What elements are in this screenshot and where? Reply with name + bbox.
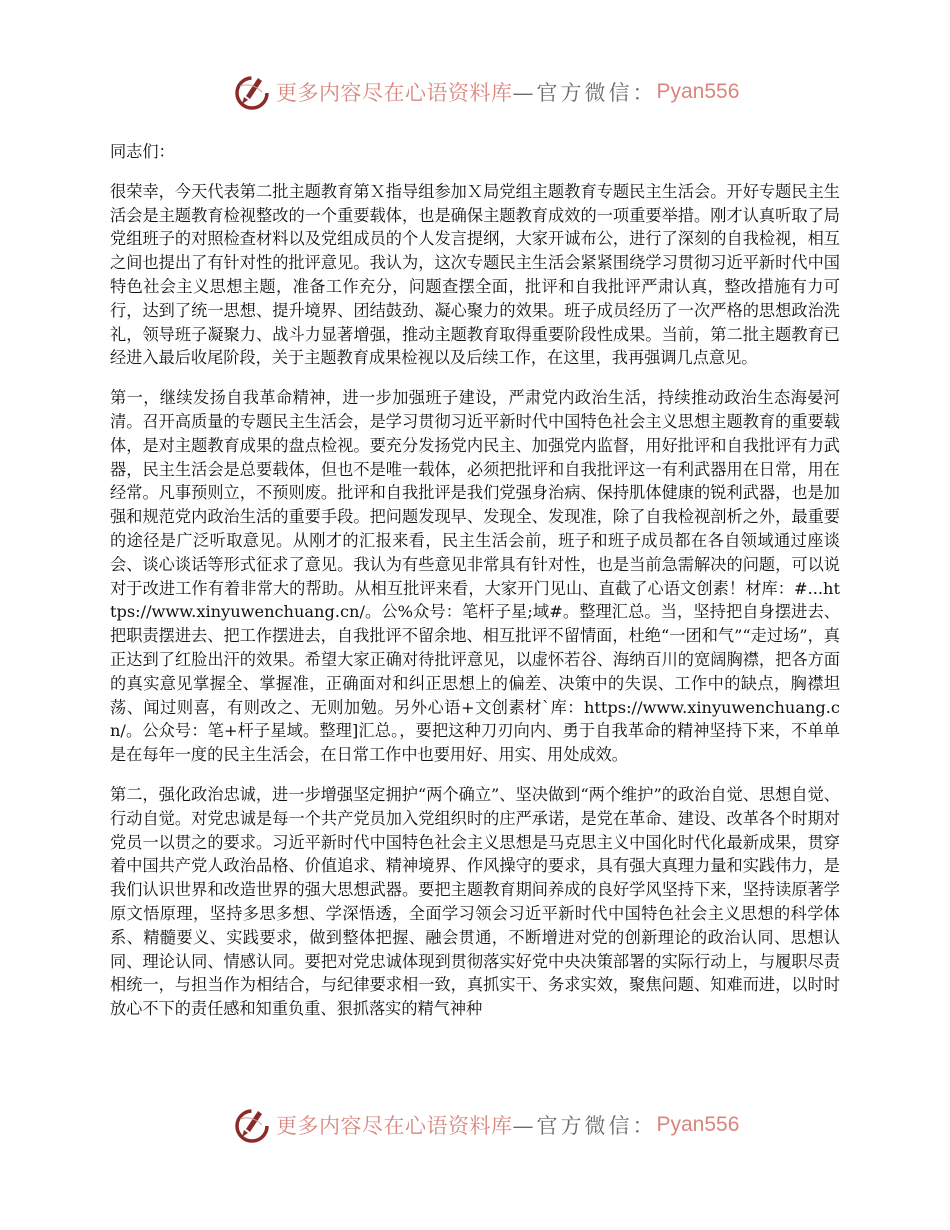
banner-slogan: 更多内容尽在心语资料库 bbox=[276, 1110, 513, 1140]
banner-wechat-id: Pyan556 bbox=[657, 80, 740, 104]
pen-nib-logo-icon bbox=[232, 1105, 272, 1145]
paragraph-point-one: 第一，继续发扬自我革命精神，进一步加强班子建设，严肃党内政治生活，持续推动政治生… bbox=[110, 386, 840, 767]
banner-wechat-label: —官方微信： bbox=[513, 77, 657, 107]
header-watermark-banner: 更多内容尽在心语资料库 —官方微信： Pyan556 bbox=[232, 72, 739, 112]
banner-slogan: 更多内容尽在心语资料库 bbox=[276, 77, 513, 107]
paragraph-point-two: 第二，强化政治忠诚，进一步增强坚定拥护“两个确立”、坚决做到“两个维护”的政治自… bbox=[110, 783, 840, 1021]
banner-wechat-id: Pyan556 bbox=[657, 1113, 740, 1137]
banner-wechat-label: —官方微信： bbox=[513, 1110, 657, 1140]
paragraph-intro: 很荣幸，今天代表第二批主题教育第Ｘ指导组参加Ｘ局党组主题教育专题民主生活会。开好… bbox=[110, 180, 840, 370]
document-body: 同志们： 很荣幸，今天代表第二批主题教育第Ｘ指导组参加Ｘ局党组主题教育专题民主生… bbox=[110, 140, 840, 1037]
greeting: 同志们： bbox=[110, 140, 840, 164]
footer-watermark-banner: 更多内容尽在心语资料库 —官方微信： Pyan556 bbox=[232, 1105, 739, 1145]
pen-nib-logo-icon bbox=[232, 72, 272, 112]
